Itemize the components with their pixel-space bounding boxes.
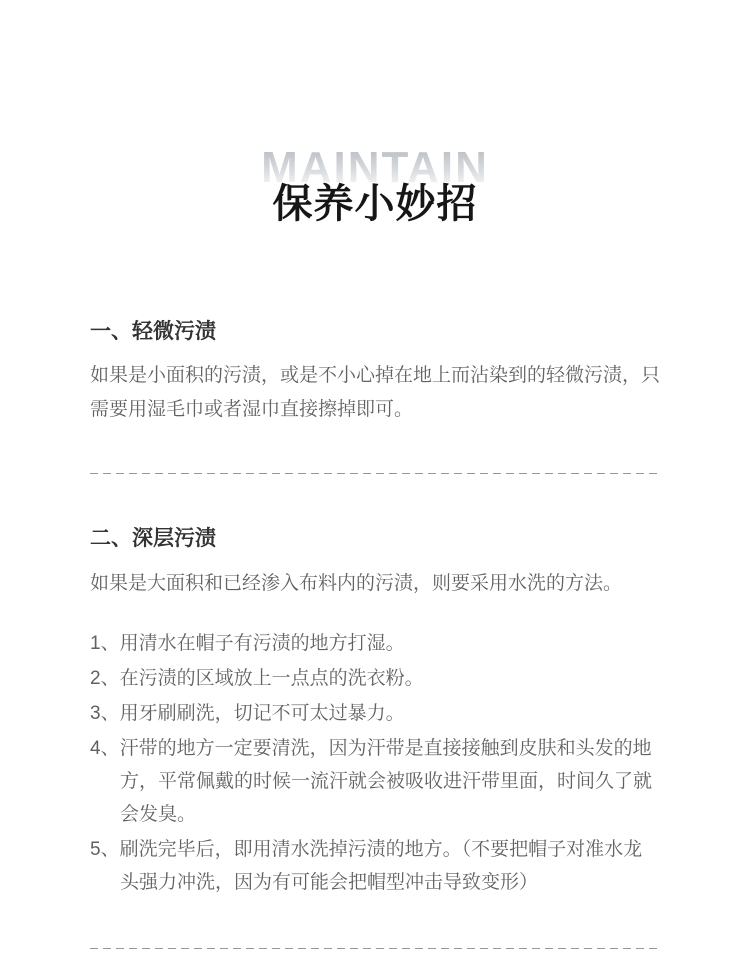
section-paragraph-light-stains: 如果是小面积的污渍，或是不小心掉在地上而沾染到的轻微污渍，只需要用湿毛巾或者湿巾… <box>90 359 660 427</box>
section-paragraph-deep-stains: 如果是大面积和已经渗入布料内的污渍，则要采用水洗的方法。 <box>90 567 660 601</box>
washing-step-item: 1、用清水在帽子有污渍的地方打湿。 <box>90 627 660 660</box>
dashed-divider <box>90 473 660 475</box>
washing-step-item: 3、用牙刷刷洗，切记不可太过暴力。 <box>90 697 660 730</box>
washing-step-item: 2、在污渍的区域放上一点点的洗衣粉。 <box>90 662 660 695</box>
page-title: 保养小妙招 <box>0 182 750 226</box>
section-deep-stains: 二、深层污渍 如果是大面积和已经渗入布料内的污渍，则要采用水洗的方法。 1、用清… <box>90 527 660 899</box>
section-heading-deep-stains: 二、深层污渍 <box>90 527 660 551</box>
care-guide-page: MAINTAIN 保养小妙招 一、轻微污渍 如果是小面积的污渍，或是不小心掉在地… <box>0 0 750 965</box>
content: 一、轻微污渍 如果是小面积的污渍，或是不小心掉在地上而沾染到的轻微污渍，只需要用… <box>0 320 750 950</box>
section-light-stains: 一、轻微污渍 如果是小面积的污渍，或是不小心掉在地上而沾染到的轻微污渍，只需要用… <box>90 320 660 427</box>
dashed-divider <box>90 948 660 950</box>
washing-step-item: 4、汗带的地方一定要清洗，因为汗带是直接接触到皮肤和头发的地方，平常佩戴的时候一… <box>90 732 660 831</box>
washing-step-item: 5、刷洗完毕后，即用清水洗掉污渍的地方。（不要把帽子对准水龙头强力冲洗，因为有可… <box>90 833 660 899</box>
page-header: MAINTAIN 保养小妙招 <box>0 0 750 226</box>
section-heading-light-stains: 一、轻微污渍 <box>90 320 660 344</box>
washing-steps-list: 1、用清水在帽子有污渍的地方打湿。 2、在污渍的区域放上一点点的洗衣粉。 3、用… <box>90 627 660 899</box>
